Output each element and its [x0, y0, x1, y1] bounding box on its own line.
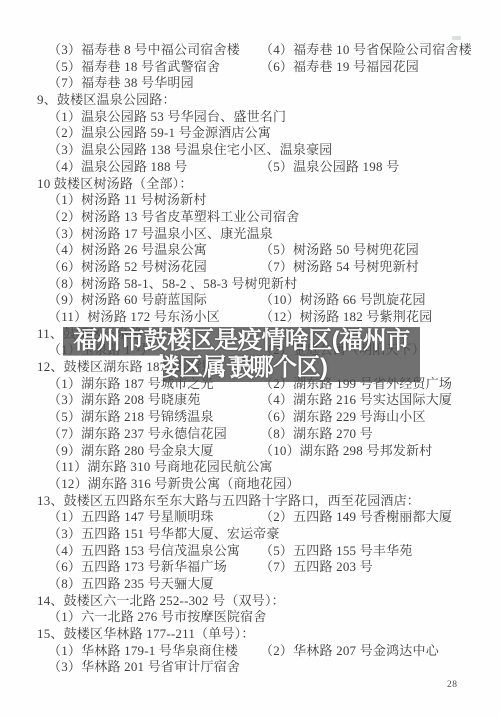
- address-line: （3）湖东路 208 号晓康苑（4）湖东路 216 号实达国际大厦: [48, 392, 478, 409]
- address-col1: （4）温泉公园路 188 号: [48, 159, 187, 174]
- address-col2: （6）福寿巷 19 号福园花园: [260, 59, 419, 76]
- address-line: （1）树汤路 11 号树汤新村: [48, 192, 478, 209]
- section-heading: 14、鼓楼区六一北路 252--302 号（双号）：: [37, 593, 478, 610]
- address-col1: （1）树汤路 11 号树汤新村: [48, 192, 207, 207]
- address-col1: （11）树汤路 172 号东汤小区: [48, 309, 220, 324]
- address-col1: （2）温泉公园路 59-1 号金源酒店公寓: [48, 125, 271, 140]
- address-line: （1）华林路 179-1 号华泉商住楼（2）华林路 207 号金鸿达中心: [48, 643, 478, 660]
- address-col1: （2）树汤路 13 号省皮革塑料工业公司宿舍: [48, 209, 299, 224]
- address-col1: （7）湖东路 237 号永德信花园: [48, 426, 227, 441]
- address-line: （3）华林路 201 号省审计厅宿舍: [48, 659, 478, 676]
- address-line: （3）温泉公园路 138 号温泉住宅小区、温泉豪园: [48, 142, 478, 159]
- address-col2: （5）五四路 155 号丰华苑: [260, 543, 413, 560]
- address-col1: （5）湖东路 218 号锦绣温泉: [48, 409, 214, 424]
- address-line: （9）树汤路 60 号蔚蓝国际（10）树汤路 66 号凯旋花园: [48, 292, 478, 309]
- address-col1: （8）五四路 235 号天骊大厦: [48, 576, 214, 591]
- address-col1: （3）福寿巷 8 号中福公司宿舍楼: [48, 42, 240, 57]
- address-col1: （3）湖东路 208 号晓康苑: [48, 392, 201, 407]
- address-line: （3）五四路 151 号华都大厦、宏运帝豪: [48, 526, 478, 543]
- address-col2: （10）湖东路 298 号邦发新村: [260, 443, 432, 460]
- scan-artifact: [452, 36, 461, 40]
- address-col2: （4）湖东路 216 号实达国际大厦: [260, 392, 452, 409]
- address-col2: （7）五四路 203 号: [260, 559, 373, 576]
- address-col2: （2）华林路 207 号金鸿达中心: [260, 643, 439, 660]
- address-col1: （1）温泉公园路 53 号华园台、盛世名门: [48, 109, 286, 124]
- address-line: （7）湖东路 237 号永德信花园（8）湖东路 270 号: [48, 426, 478, 443]
- address-line: （1）五四路 147 号星顺明珠（2）五四路 149 号香榭丽都大厦: [48, 509, 478, 526]
- address-line: （2）树汤路 13 号省皮革塑料工业公司宿舍: [48, 209, 478, 226]
- address-line: （5）湖东路 218 号锦绣温泉（6）湖东路 229 号海山小区: [48, 409, 478, 426]
- address-col1: 9、鼓楼区温泉公园路：: [37, 92, 176, 107]
- address-col1: （4）树汤路 26 号温泉公寓: [48, 242, 207, 257]
- address-col2: （2）五四路 149 号香榭丽都大厦: [260, 509, 452, 526]
- address-line: （4）五四路 153 号信茂温泉公寓（5）五四路 155 号丰华苑: [48, 543, 478, 560]
- address-line: （8）五四路 235 号天骊大厦: [48, 576, 478, 593]
- address-col1: （6）树汤路 52 号树汤花园: [48, 259, 207, 274]
- address-col1: （6）五四路 173 号新华福广场: [48, 559, 227, 574]
- address-col1: （8）树汤路 58-1、58-2 、58-3 号树兜新村: [48, 276, 297, 291]
- address-col1: （3）华林路 201 号省审计厅宿舍: [48, 659, 240, 674]
- address-col2: （12）树汤路 182 号紫荆花园: [260, 309, 432, 326]
- page-number: 28: [447, 680, 458, 690]
- address-line: （7）福寿巷 38 号华明园: [48, 75, 478, 92]
- address-col2: （8）湖东路 270 号: [260, 426, 373, 443]
- address-col2: （7）树汤路 54 号树兜新村: [260, 259, 419, 276]
- address-col1: （5）福寿巷 18 号省武警宿舍: [48, 59, 220, 74]
- address-line: （6）五四路 173 号新华福广场（7）五四路 203 号: [48, 559, 478, 576]
- address-col2: （6）湖东路 229 号海山小区: [260, 409, 426, 426]
- address-line: （11）树汤路 172 号东汤小区（12）树汤路 182 号紫荆花园: [48, 309, 478, 326]
- address-line: （6）树汤路 52 号树汤花园（7）树汤路 54 号树兜新村: [48, 259, 478, 276]
- title-overlay-line1: 福州市鼓楼区是疫情啥区(福州市鼓: [63, 327, 420, 355]
- section-heading: 9、鼓楼区温泉公园路：: [37, 92, 478, 109]
- address-col2: （5）树汤路 50 号树兜花园: [260, 242, 419, 259]
- address-col1: （9）湖东路 280 号金泉大厦: [48, 443, 214, 458]
- address-line: （3）福寿巷 8 号中福公司宿舍楼（4）福寿巷 10 号省保险公司宿舍楼: [48, 42, 478, 59]
- section-heading: 13、鼓楼区五四路东至东大路与五四路十字路口，西至花园酒店：: [37, 493, 478, 510]
- address-col1: （11）湖东路 310 号商地花园民航公寓: [48, 459, 273, 474]
- address-col1: （4）五四路 153 号信茂温泉公寓: [48, 543, 240, 558]
- address-col1: 10 鼓楼区树汤路（全部）：: [37, 176, 193, 191]
- address-col2: （5）温泉公园路 198 号: [260, 159, 399, 176]
- address-col1: （3）温泉公园路 138 号温泉住宅小区、温泉豪园: [48, 142, 333, 157]
- address-col1: 15、鼓楼区华林路 177--211（单号）：: [37, 626, 255, 641]
- section-heading: 10 鼓楼区树汤路（全部）：: [37, 176, 478, 193]
- address-col1: （7）福寿巷 38 号华明园: [48, 75, 194, 90]
- address-line: （11）湖东路 310 号商地花园民航公寓: [48, 459, 478, 476]
- address-col2: （4）福寿巷 10 号省保险公司宿舍楼: [260, 42, 472, 59]
- address-col1: （3）树汤路 17 号温泉小区、康光温泉: [48, 226, 273, 241]
- address-line: （9）湖东路 280 号金泉大厦（10）湖东路 298 号邦发新村: [48, 443, 478, 460]
- address-col1: （3）五四路 151 号华都大厦、宏运帝豪: [48, 526, 280, 541]
- address-line: （5）福寿巷 18 号省武警宿舍（6）福寿巷 19 号福园花园: [48, 59, 478, 76]
- address-col1: （1）华林路 179-1 号华泉商住楼: [48, 643, 238, 658]
- address-line: （1）温泉公园路 53 号华园台、盛世名门: [48, 109, 478, 126]
- address-line: （4）树汤路 26 号温泉公寓（5）树汤路 50 号树兜花园: [48, 242, 478, 259]
- address-col1: （1）六一北路 276 号市按摩医院宿舍: [48, 609, 267, 624]
- address-line: （2）温泉公园路 59-1 号金源酒店公寓: [48, 125, 478, 142]
- address-col1: （9）树汤路 60 号蔚蓝国际: [48, 292, 207, 307]
- address-col1: 14、鼓楼区六一北路 252--302 号（双号）：: [37, 593, 285, 608]
- address-line: （12）湖东路 316 号新贵公寓（商地花园）: [48, 476, 478, 493]
- address-col2: （10）树汤路 66 号凯旋花园: [260, 292, 426, 309]
- address-line: （3）树汤路 17 号温泉小区、康光温泉: [48, 226, 478, 243]
- address-col1: （12）湖东路 316 号新贵公寓（商地花园）: [48, 476, 300, 491]
- address-line: （8）树汤路 58-1、58-2 、58-3 号树兜新村: [48, 276, 478, 293]
- address-col1: 13、鼓楼区五四路东至东大路与五四路十字路口，西至花园酒店：: [37, 493, 420, 508]
- address-col1: （1）五四路 147 号星顺明珠: [48, 509, 214, 524]
- address-line: （4）温泉公园路 188 号（5）温泉公园路 198 号: [48, 159, 478, 176]
- address-line: （1）六一北路 276 号市按摩医院宿舍: [48, 609, 478, 626]
- section-heading: 15、鼓楼区华林路 177--211（单号）：: [37, 626, 478, 643]
